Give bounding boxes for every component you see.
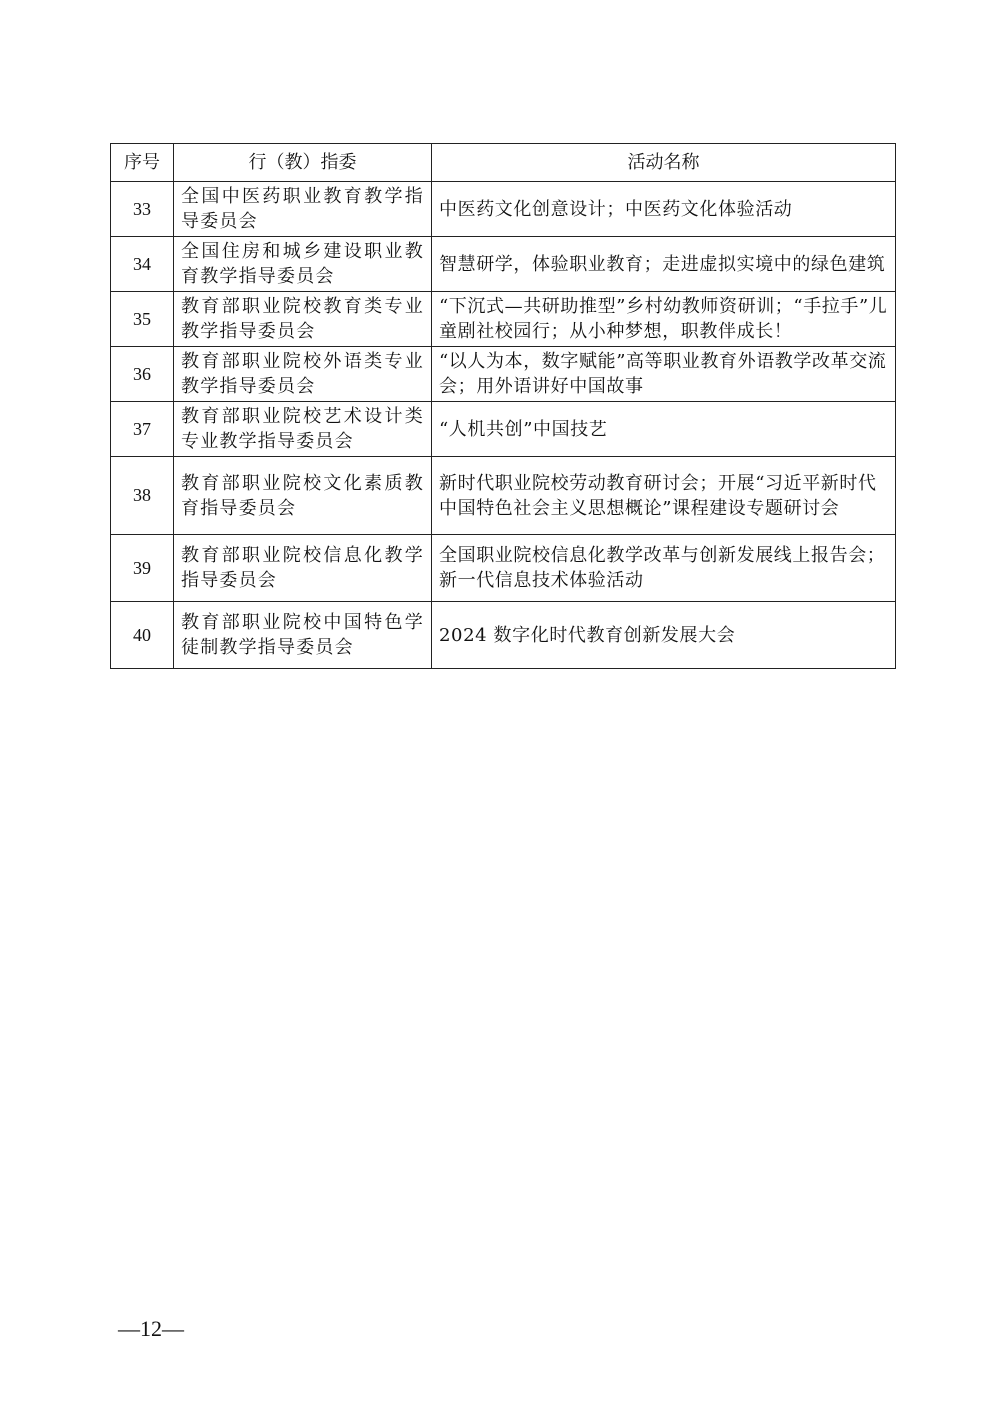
table-row: 36 教育部职业院校外语类专业教学指导委员会 “以人为本，数字赋能”高等职业教育… <box>111 347 896 402</box>
row-activity: 2024 数字化时代教育创新发展大会 <box>432 602 896 669</box>
table-row: 39 教育部职业院校信息化教学指导委员会 全国职业院校信息化教学改革与创新发展线… <box>111 535 896 602</box>
table-header-row: 序号 行（教）指委 活动名称 <box>111 144 896 182</box>
document-page: 序号 行（教）指委 活动名称 33 全国中医药职业教育教学指导委员会 中医药文化… <box>0 0 1000 1415</box>
row-committee: 全国住房和城乡建设职业教育教学指导委员会 <box>174 237 432 292</box>
row-number: 38 <box>111 457 174 535</box>
row-activity: “人机共创”中国技艺 <box>432 402 896 457</box>
row-committee: 教育部职业院校教育类专业教学指导委员会 <box>174 292 432 347</box>
row-number: 39 <box>111 535 174 602</box>
table-row: 34 全国住房和城乡建设职业教育教学指导委员会 智慧研学，体验职业教育；走进虚拟… <box>111 237 896 292</box>
table-row: 33 全国中医药职业教育教学指导委员会 中医药文化创意设计；中医药文化体验活动 <box>111 182 896 237</box>
row-activity: 中医药文化创意设计；中医药文化体验活动 <box>432 182 896 237</box>
row-committee: 教育部职业院校外语类专业教学指导委员会 <box>174 347 432 402</box>
row-committee: 教育部职业院校中国特色学徒制教学指导委员会 <box>174 602 432 669</box>
row-activity: 智慧研学，体验职业教育；走进虚拟实境中的绿色建筑 <box>432 237 896 292</box>
row-number: 36 <box>111 347 174 402</box>
row-committee: 教育部职业院校信息化教学指导委员会 <box>174 535 432 602</box>
row-activity: 全国职业院校信息化教学改革与创新发展线上报告会；新一代信息技术体验活动 <box>432 535 896 602</box>
table-row: 37 教育部职业院校艺术设计类专业教学指导委员会 “人机共创”中国技艺 <box>111 402 896 457</box>
row-activity: 新时代职业院校劳动教育研讨会；开展“习近平新时代中国特色社会主义思想概论”课程建… <box>432 457 896 535</box>
row-number: 35 <box>111 292 174 347</box>
row-number: 33 <box>111 182 174 237</box>
header-activity-name: 活动名称 <box>432 144 896 182</box>
row-activity: “以人为本，数字赋能”高等职业教育外语教学改革交流会；用外语讲好中国故事 <box>432 347 896 402</box>
row-committee: 教育部职业院校文化素质教育指导委员会 <box>174 457 432 535</box>
table-row: 38 教育部职业院校文化素质教育指导委员会 新时代职业院校劳动教育研讨会；开展“… <box>111 457 896 535</box>
row-number: 34 <box>111 237 174 292</box>
row-activity: “下沉式—共研助推型”乡村幼教师资研训；“手拉手”儿童剧社校园行；从小种梦想，职… <box>432 292 896 347</box>
activities-table: 序号 行（教）指委 活动名称 33 全国中医药职业教育教学指导委员会 中医药文化… <box>110 143 896 669</box>
table-row: 40 教育部职业院校中国特色学徒制教学指导委员会 2024 数字化时代教育创新发… <box>111 602 896 669</box>
row-number: 37 <box>111 402 174 457</box>
page-number: —12— <box>118 1316 184 1342</box>
header-serial-number: 序号 <box>111 144 174 182</box>
header-committee: 行（教）指委 <box>174 144 432 182</box>
row-committee: 教育部职业院校艺术设计类专业教学指导委员会 <box>174 402 432 457</box>
table-row: 35 教育部职业院校教育类专业教学指导委员会 “下沉式—共研助推型”乡村幼教师资… <box>111 292 896 347</box>
row-number: 40 <box>111 602 174 669</box>
row-committee: 全国中医药职业教育教学指导委员会 <box>174 182 432 237</box>
